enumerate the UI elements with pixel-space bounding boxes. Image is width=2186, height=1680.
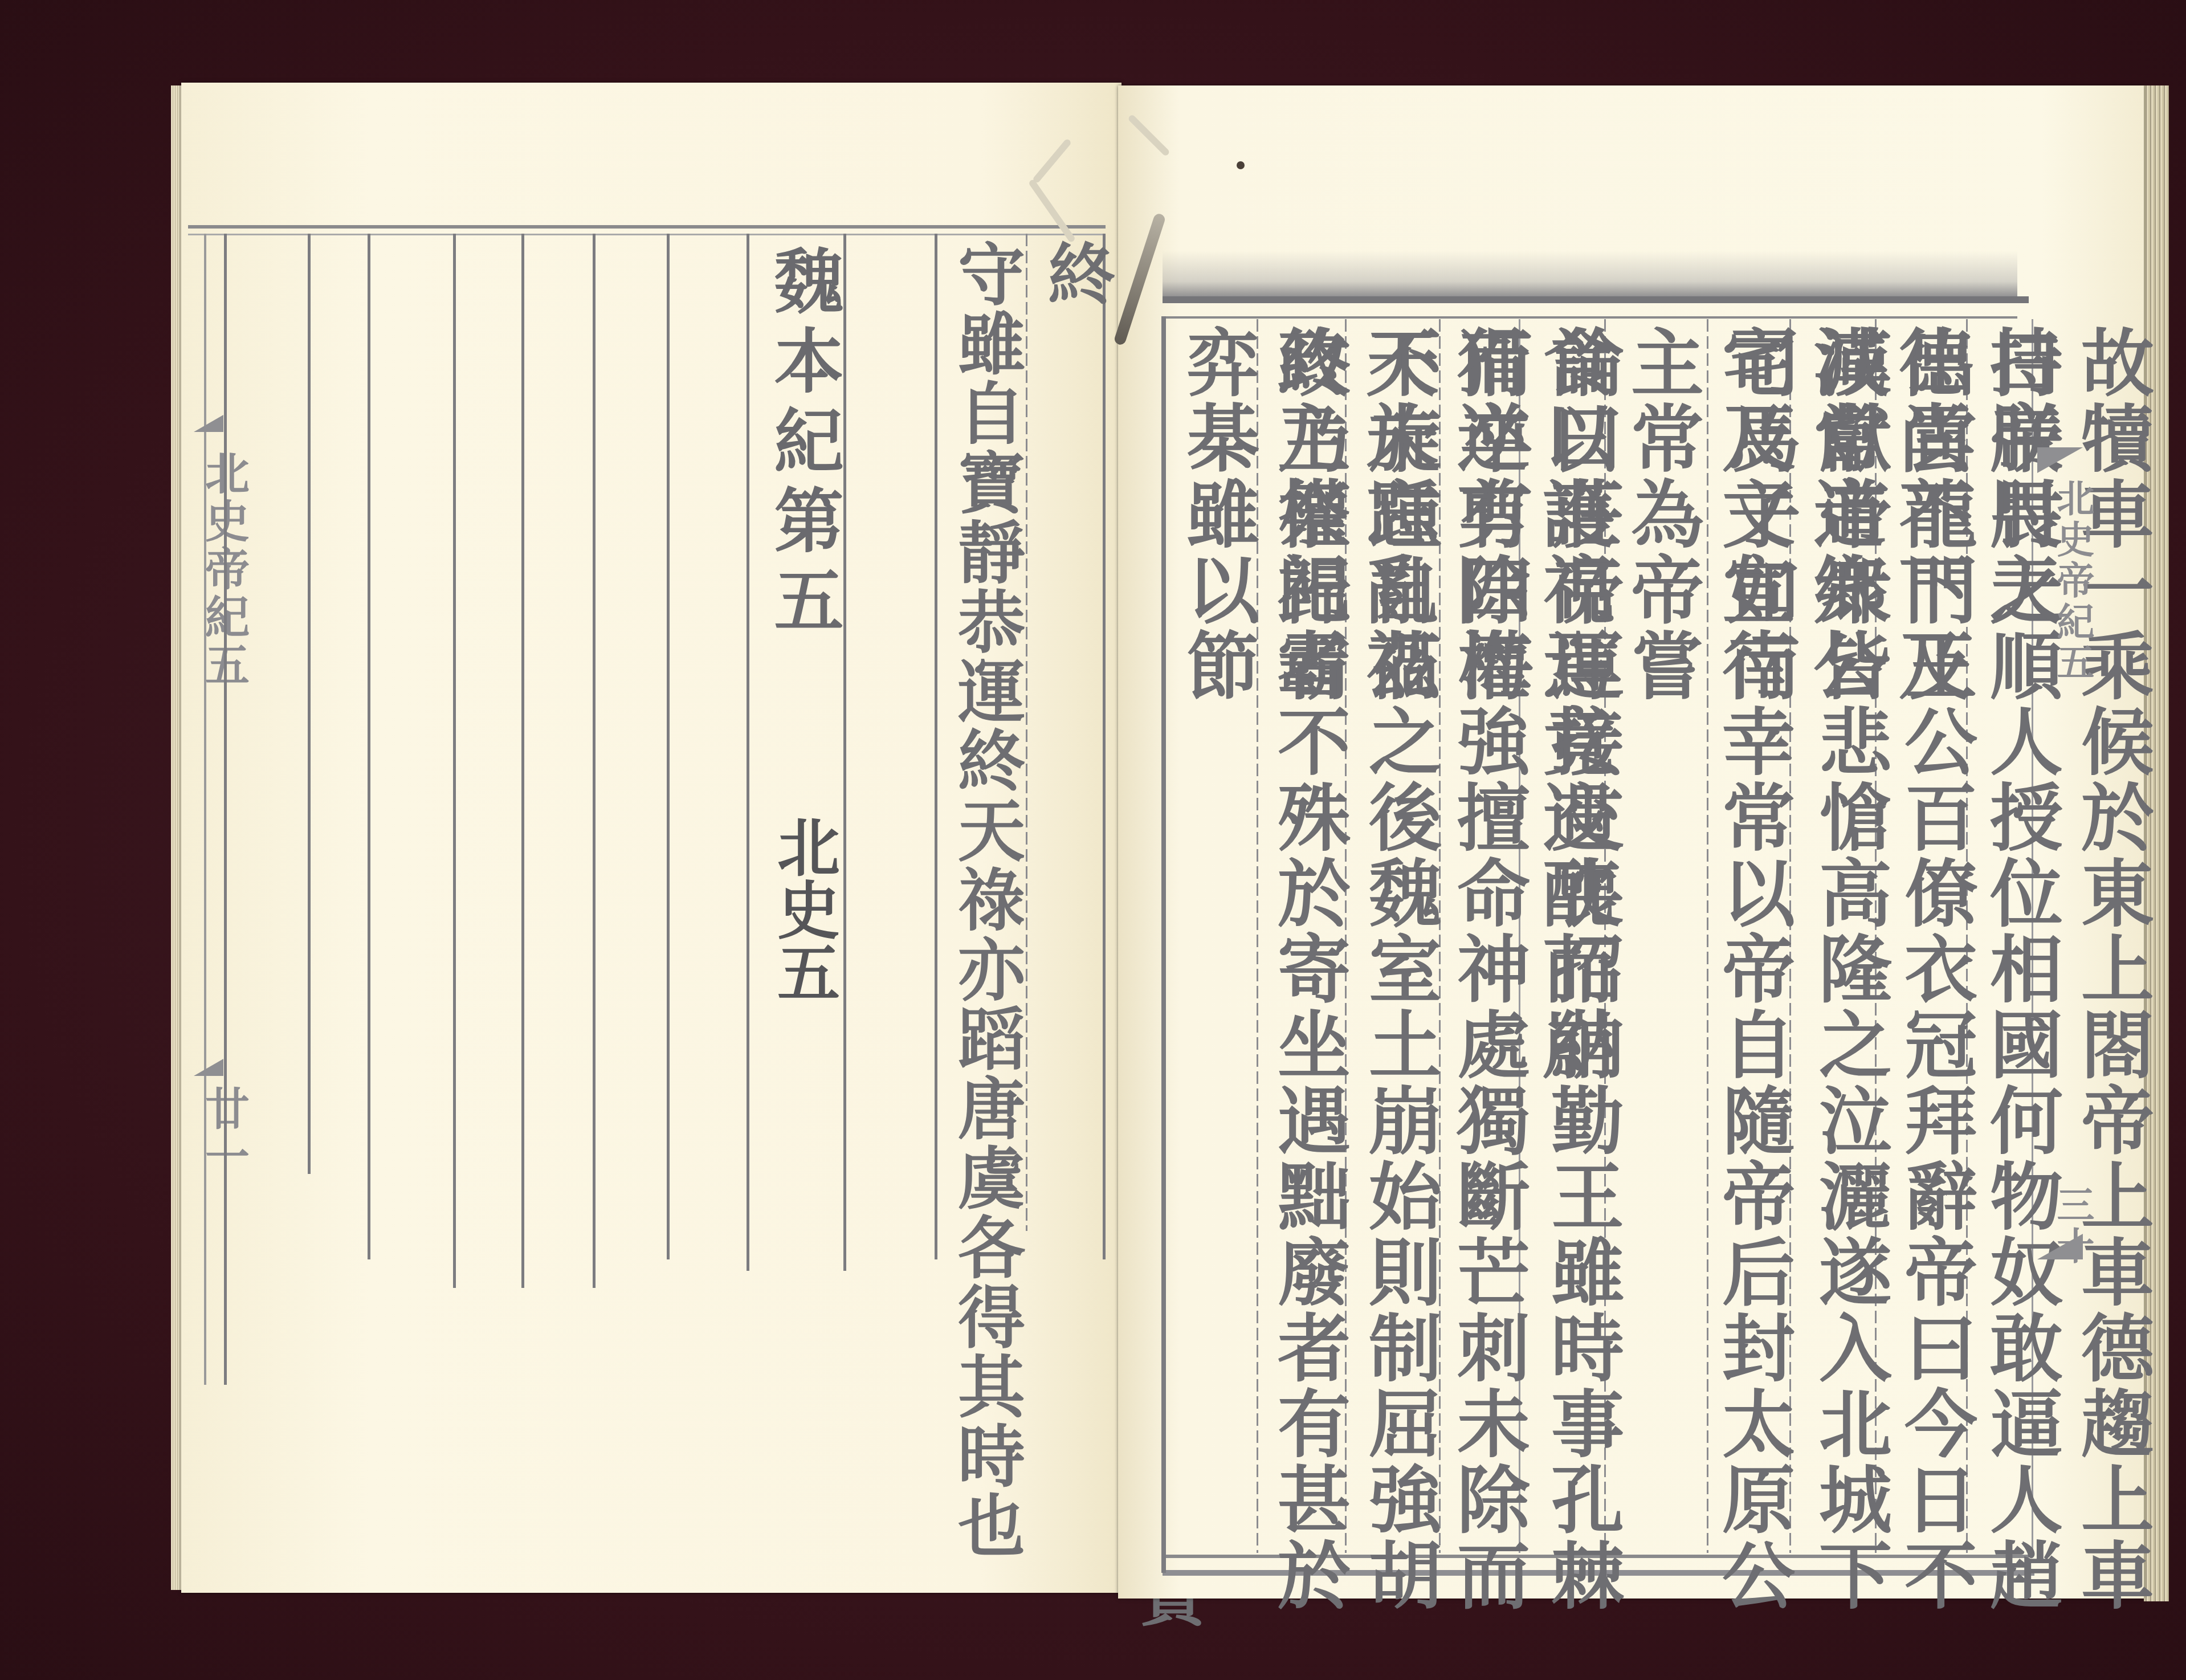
column-rule — [308, 234, 311, 1174]
column-rule — [521, 234, 524, 1288]
left-header-rule-thin — [188, 234, 1106, 235]
column-rule — [667, 234, 670, 1259]
text-column-5: 宅及文宣行幸常以帝自隨帝后封太原公主常為帝嘗 — [1616, 325, 1798, 1680]
fishtail-bottom-icon — [194, 1059, 223, 1076]
column-rule — [368, 234, 370, 1259]
column-rule — [593, 234, 596, 1288]
text-column-10: 政主祭祀者不殊於寄坐遇黜廢者有甚於弈棊雖以節 — [1171, 325, 1353, 1680]
left-header-rule — [188, 225, 1106, 229]
left-page-edge — [171, 85, 182, 1590]
column-rule — [747, 234, 749, 1271]
right-frame-left — [1161, 316, 1166, 1573]
right-frame-top — [1163, 316, 2017, 319]
fishtail-top-icon — [2037, 447, 2083, 473]
right-margin-label: 北史帝紀五 — [2046, 479, 2100, 684]
ink-spot — [1237, 161, 1245, 169]
right-header-rule — [1163, 296, 2029, 303]
column-rule — [453, 234, 456, 1288]
fishtail-top-icon — [194, 415, 223, 432]
text-column-2: 守雖自寶靜恭運終天祿亦蹈唐虞各得其時也 — [940, 239, 1031, 1560]
left-folio: 廿一 — [191, 1086, 255, 1181]
column-rule — [224, 234, 227, 1385]
left-margin-label: 北史帝紀五 — [191, 450, 255, 690]
right-header-band — [1163, 251, 2017, 302]
left-margin-line — [204, 234, 206, 1385]
fishtail-bottom-icon — [2037, 1234, 2083, 1259]
column-rule — [935, 234, 937, 1259]
footer-label: 北史五 — [758, 815, 849, 1003]
chapter-title: 魏本紀第五 — [758, 245, 849, 644]
